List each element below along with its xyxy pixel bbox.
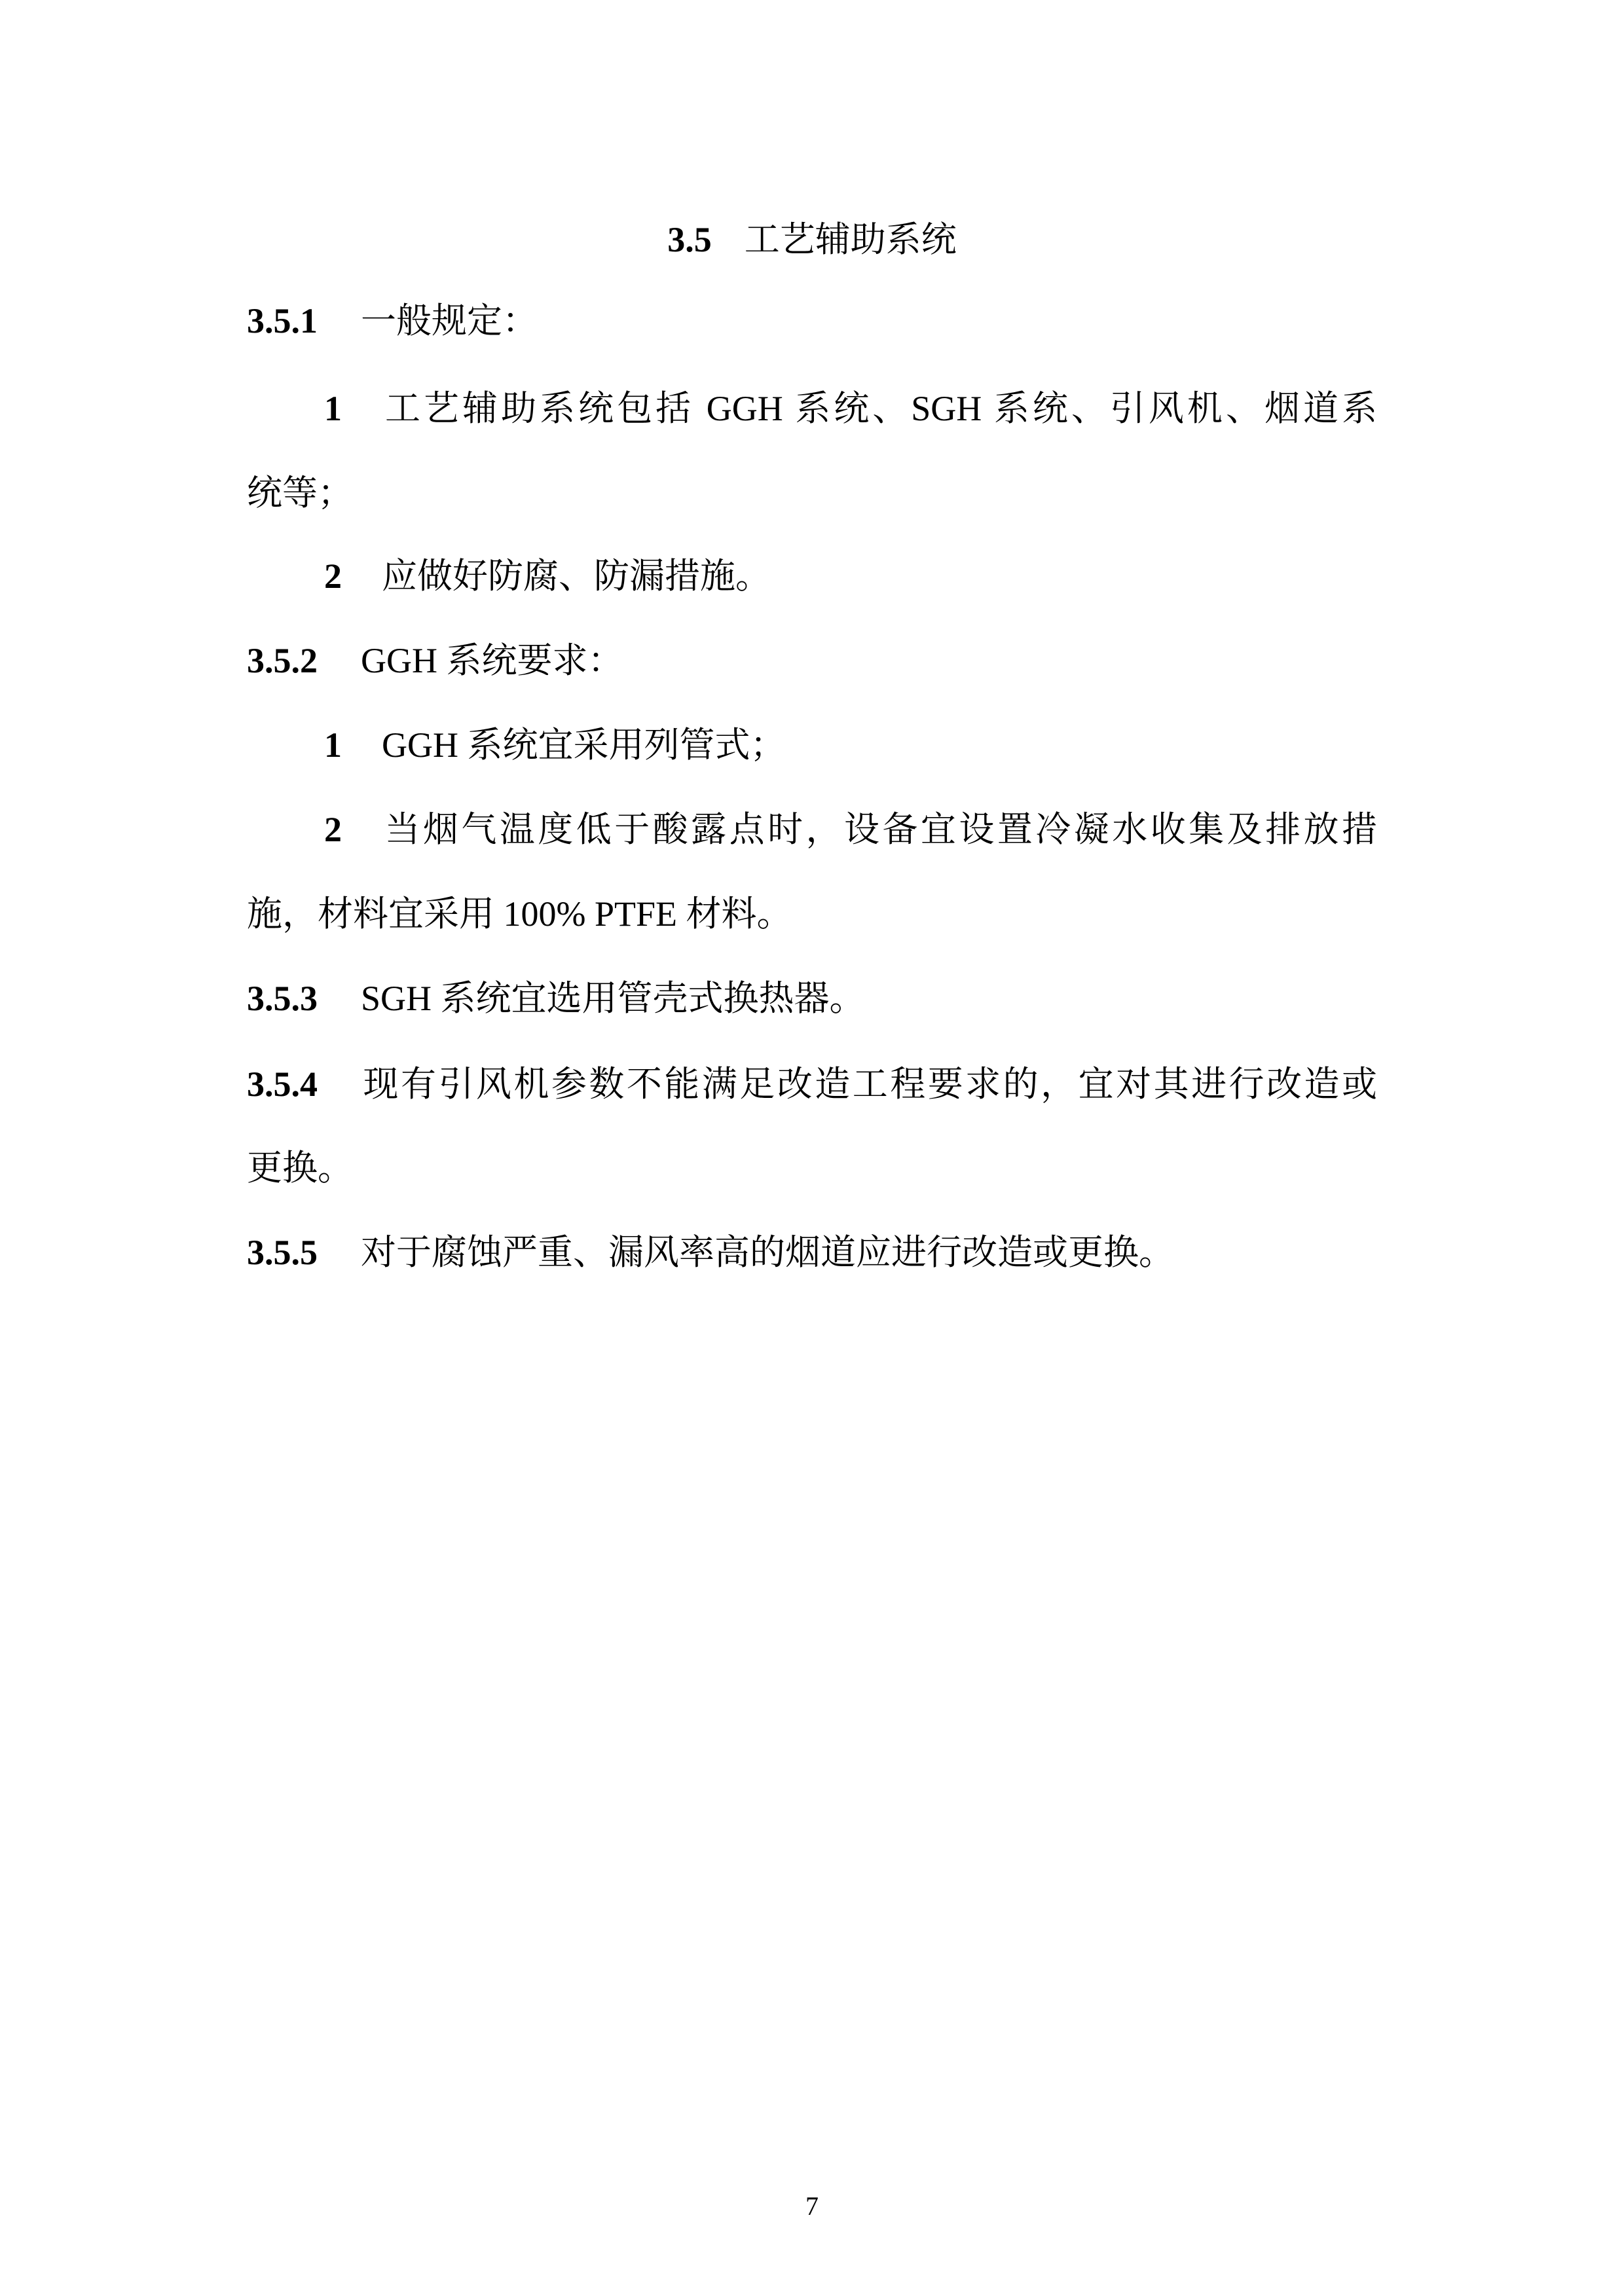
clause-number: 3.5.5 — [247, 1231, 361, 1273]
clause-3-5-1-item-1: 1工艺辅助系统包括 GGH 系统、SGH 系统、引风机、烟道系 — [324, 388, 1377, 429]
clause-number: 3.5.2 — [247, 640, 361, 682]
clause-text: 一般规定： — [361, 301, 538, 340]
item-text: 应做好防腐、防漏措施。 — [382, 556, 771, 596]
section-heading: 3.5工艺辅助系统 — [0, 219, 1624, 261]
page-number: 7 — [0, 2191, 1624, 2222]
clause-text: SGH 系统宜选用管壳式换热器。 — [361, 979, 865, 1018]
item-text: 工艺辅助系统包括 GGH 系统、SGH 系统、引风机、烟道系 — [382, 389, 1377, 428]
clause-3-5-2-item-2: 2当烟气温度低于酸露点时，设备宜设置冷凝水收集及排放措 — [324, 809, 1377, 850]
item-text-continuation: 统等； — [247, 473, 353, 513]
clause-3-5-3: 3.5.3SGH 系统宜选用管壳式换热器。 — [247, 977, 1380, 1019]
item-number: 2 — [324, 809, 382, 850]
clause-text: 现有引风机参数不能满足改造工程要求的，宜对其进行改造或 — [361, 1065, 1377, 1104]
clause-text: 对于腐蚀严重、漏风率高的烟道应进行改造或更换。 — [361, 1233, 1174, 1272]
clause-3-5-1: 3.5.1一般规定： — [247, 300, 1380, 342]
item-text: 当烟气温度低于酸露点时，设备宜设置冷凝水收集及排放措 — [382, 810, 1377, 849]
item-text: GGH 系统宜采用列管式； — [382, 725, 786, 765]
clause-3-5-2-item-1: 1GGH 系统宜采用列管式； — [324, 724, 1457, 766]
clause-text-continuation: 更换。 — [247, 1148, 353, 1188]
clause-number: 3.5.1 — [247, 300, 361, 342]
clause-3-5-5: 3.5.5对于腐蚀严重、漏风率高的烟道应进行改造或更换。 — [247, 1231, 1380, 1273]
item-number: 1 — [324, 724, 382, 766]
clause-3-5-2: 3.5.2GGH 系统要求： — [247, 640, 1380, 682]
clause-text: GGH 系统要求： — [361, 641, 623, 680]
clause-number: 3.5.4 — [247, 1063, 361, 1105]
section-title: 工艺辅助系统 — [745, 220, 957, 259]
item-number: 1 — [324, 388, 382, 429]
clause-3-5-1-item-1-continuation: 统等； — [247, 472, 1380, 514]
item-number: 2 — [324, 555, 382, 597]
document-page: 3.5工艺辅助系统 3.5.1一般规定： 1工艺辅助系统包括 GGH 系统、SG… — [0, 0, 1624, 2296]
section-number: 3.5 — [667, 220, 712, 259]
clause-3-5-1-item-2: 2应做好防腐、防漏措施。 — [324, 555, 1457, 597]
clause-3-5-4-continuation: 更换。 — [247, 1147, 1380, 1189]
clause-number: 3.5.3 — [247, 977, 361, 1019]
clause-3-5-2-item-2-continuation: 施，材料宜采用 100% PTFE 材料。 — [247, 893, 1380, 935]
clause-3-5-4: 3.5.4现有引风机参数不能满足改造工程要求的，宜对其进行改造或 — [247, 1063, 1377, 1105]
item-text-continuation: 施，材料宜采用 100% PTFE 材料。 — [247, 894, 792, 934]
